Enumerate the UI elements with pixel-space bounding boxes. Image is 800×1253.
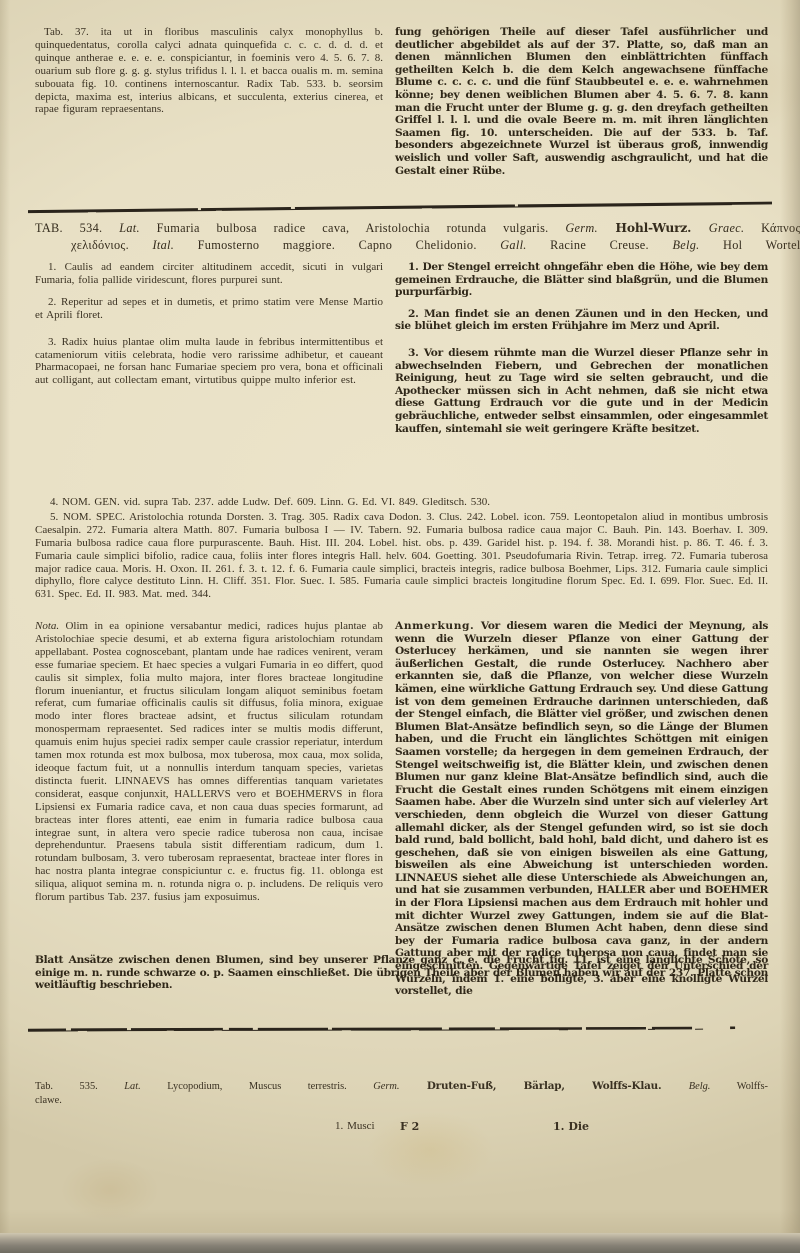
anmerkung-lead: Anmerkung. bbox=[395, 620, 474, 632]
book-page: Tab. 37. ita ut in floribus masculinis c… bbox=[0, 0, 800, 1253]
divider-rule-top-line bbox=[26, 200, 774, 214]
german-column: 1. Der Stengel erreicht ohngefähr eben d… bbox=[395, 261, 768, 444]
german-continuation-paragraph: fung gehörigen Theile auf dieser Tafel a… bbox=[395, 26, 768, 177]
divider-rule-bottom bbox=[26, 1022, 774, 1036]
anmerkung-paragraph: Anmerkung. Vor diesem waren die Medici d… bbox=[395, 620, 768, 998]
german-item-1: 1. Der Stengel erreicht ohngefähr eben d… bbox=[395, 261, 768, 299]
latin-item-2: 2. Reperitur ad sepes et in dumetis, et … bbox=[35, 296, 383, 322]
page-right-edge bbox=[780, 0, 800, 1253]
entry-heading: TAB. 534. Lat. Fumaria bulbosa radice ca… bbox=[35, 220, 800, 253]
nota-paragraph: Nota. Olim in ea opinione versabantur me… bbox=[35, 620, 383, 998]
anmerkung-text: Vor diesem waren die Medici der Meynung,… bbox=[395, 620, 768, 997]
footer-note: Tab. 535. Lat. Lycopodium, Muscus terres… bbox=[35, 1080, 768, 1107]
page-bottom-edge bbox=[0, 1233, 800, 1253]
divider-rule-bottom-line bbox=[26, 1022, 774, 1036]
page-left-edge bbox=[0, 0, 10, 1253]
signature-line: 1. Musci F 2 1. Die bbox=[35, 1120, 768, 1134]
gathering-signature: F 2 bbox=[400, 1120, 419, 1133]
nota-text: Olim in ea opinione versabantur medici, … bbox=[35, 620, 383, 903]
nota-lead: Nota. bbox=[35, 620, 59, 632]
divider-rule-top bbox=[26, 200, 774, 214]
page-bottom-fade bbox=[0, 1209, 800, 1235]
latin-column: 1. Caulis ad eandem circiter altitudinem… bbox=[35, 261, 383, 444]
latin-item-3: 3. Radix huius plantae olim multa laude … bbox=[35, 336, 383, 388]
catchword-right: 1. Die bbox=[553, 1120, 589, 1133]
nom-spec-paragraph: 5. NOM. SPEC. Aristolochia rotunda Dorst… bbox=[35, 511, 768, 601]
latin-continuation-paragraph: Tab. 37. ita ut in floribus masculinis c… bbox=[35, 26, 383, 177]
anmerkung-overflow-paragraph: Blatt Ansätze zwischen denen Blumen, sin… bbox=[35, 954, 768, 992]
nom-gen-paragraph: 4. NOM. GEN. vid. supra Tab. 237. adde L… bbox=[35, 496, 768, 509]
german-item-2: 2. Man findet sie an denen Zäunen und in… bbox=[395, 308, 768, 333]
latin-item-1: 1. Caulis ad eandem circiter altitudinem… bbox=[35, 261, 383, 287]
continuation-section: Tab. 37. ita ut in floribus masculinis c… bbox=[35, 26, 768, 177]
catchword-left: 1. Musci bbox=[335, 1120, 375, 1133]
description-section: 1. Caulis ad eandem circiter altitudinem… bbox=[35, 261, 768, 444]
german-item-3: 3. Vor diesem rühmte man die Wurzel dies… bbox=[395, 347, 768, 435]
nomenclature-section: 4. NOM. GEN. vid. supra Tab. 237. adde L… bbox=[35, 496, 768, 603]
nota-section: Nota. Olim in ea opinione versabantur me… bbox=[35, 620, 768, 998]
